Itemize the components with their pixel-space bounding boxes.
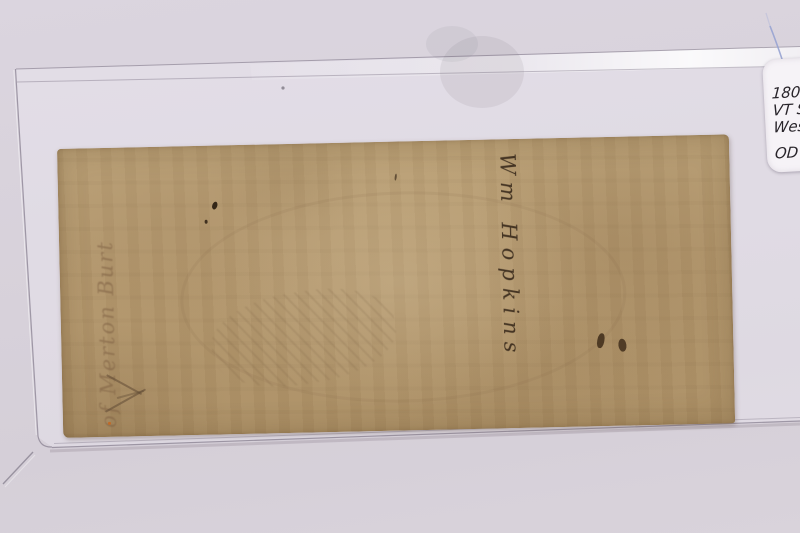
sleeve-fleck [281, 86, 284, 89]
tag-string-faded [766, 13, 770, 26]
inscription-left: of Merton Burt [92, 197, 177, 434]
photo-background: of Merton Burt Wm Hopkins 1802 VT S West… [0, 0, 800, 533]
rust-speck [108, 422, 111, 425]
tag-line-town: West [773, 116, 800, 136]
inscription-center-text: Wm Hopkins [495, 153, 524, 363]
sleeve-smudge [426, 26, 478, 62]
ink-blot [618, 338, 628, 352]
ink-speck [205, 220, 208, 224]
tag-line-code: OD [774, 142, 800, 162]
surface-crease-shadow [5, 455, 35, 487]
surface-crease [3, 452, 33, 484]
inscription-center: Wm Hopkins [519, 152, 554, 368]
ink-speck [211, 201, 218, 210]
inscription-left-text: of Merton Burt [92, 198, 121, 428]
ink-speck [394, 174, 397, 181]
label-tag: 1802 VT S West OD [762, 56, 800, 173]
banknote: of Merton Burt Wm Hopkins [57, 134, 735, 438]
